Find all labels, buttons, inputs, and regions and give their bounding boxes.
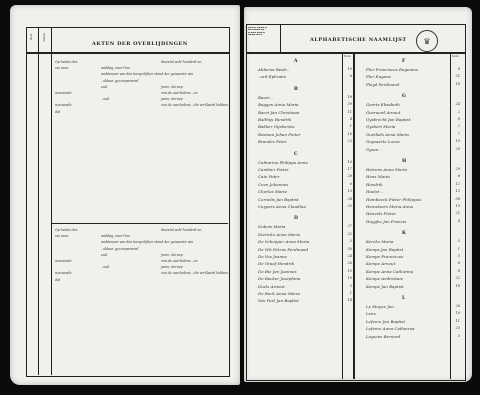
name-entry: Catharina Philippa Anna	[258, 160, 308, 165]
name-entry: Hendrik	[366, 182, 383, 187]
entry-number: 3	[450, 239, 460, 243]
name-entry: Baert Jan Christiaan	[258, 110, 299, 115]
form-text: , oud	[101, 265, 109, 269]
entry-number: 26	[450, 304, 460, 308]
form-text: ,	[101, 271, 102, 275]
form-text: jaren, beroep	[161, 85, 183, 89]
entry-number: 14	[342, 298, 352, 302]
name-entry: Heuvels Pieter	[366, 211, 396, 216]
right-page-title: ALPHABETISCHE NAAMLIJST	[310, 37, 407, 43]
form-text: , aldaar, gecompareerd	[101, 247, 138, 251]
name-entry: Kempe Franciscus	[366, 254, 403, 259]
name-entry: Charles Marie	[258, 189, 287, 194]
name-entry: Heirens Anna Maria	[366, 167, 407, 172]
name-entry: Dubois Maria	[258, 224, 285, 229]
entry-number: 13	[342, 189, 352, 193]
name-entry: Flor Eugene	[366, 74, 391, 79]
name-entry: Lefevre Jan Baptist	[366, 319, 405, 324]
entry-number: 39	[342, 102, 352, 106]
entry-number: 19	[450, 204, 460, 208]
section-letter: B	[294, 87, 298, 92]
name-entry: Kemps Jan Baptist	[366, 247, 403, 252]
name-entry: Gysbrecht Jan Baptist	[366, 117, 410, 122]
entry-number: 23	[342, 139, 352, 143]
entry-number: 9	[450, 67, 460, 71]
form-text: oud	[101, 253, 107, 257]
form-text: middag, voor Ons	[101, 234, 130, 238]
name-entry: Leysens Bernard	[366, 334, 400, 339]
name-entry: Cambier Pieter	[258, 167, 289, 172]
name-entry: Cornelis Jan Baptist	[258, 197, 298, 202]
entry-number: 6	[342, 74, 352, 78]
death-record-form-1: Op heden denduizend acht honderd en ,om …	[53, 60, 225, 120]
entry-number: 19	[450, 139, 460, 143]
entry-number: 12	[450, 182, 460, 186]
name-entry: De Bock Anna Maria	[258, 291, 300, 296]
entry-number: 2	[450, 124, 460, 128]
entry-number: 5	[450, 334, 460, 338]
section-letter: K	[402, 231, 406, 236]
entry-number: 10	[450, 311, 460, 315]
name-entry: Balthijs Hendrik	[258, 117, 291, 122]
name-entry: Bakker Gijsbertus	[258, 124, 295, 129]
section-letter: H	[402, 159, 406, 164]
name-entry: Floyd Ferdinand	[366, 82, 399, 87]
entry-number: 5	[450, 254, 460, 258]
name-entry: Gysbert Maria	[366, 124, 395, 129]
name-entry: Kempe Arnout	[366, 261, 395, 266]
name-entry: De Graaf Hendrik	[258, 261, 294, 266]
form-text: dat	[55, 110, 60, 114]
entry-number: 18	[450, 82, 460, 86]
entry-number: 34	[342, 197, 352, 201]
entry-number: 20	[450, 147, 460, 151]
record-divider	[51, 223, 228, 224]
form-text: middag, voor Ons	[101, 66, 130, 70]
name-entry: Baggen Anna Maria	[258, 102, 298, 107]
name-entry: ..ard Ephraim	[258, 74, 286, 79]
entry-number: 17	[342, 167, 352, 171]
name-entry: Flor Franciscus Eugenius	[366, 67, 418, 72]
entry-number: 16	[342, 132, 352, 136]
entry-number: 10	[342, 160, 352, 164]
header-divider	[26, 52, 229, 54]
form-text: van de overledene , die verklaard hebben	[161, 271, 228, 275]
name-list-left: AAbbema Beatr..10..ard Ephraim6BBaars ..…	[248, 59, 354, 359]
entry-number: 18	[450, 284, 460, 288]
form-text: van de overledene , en	[161, 259, 198, 263]
death-record-form-2: Op heden denduizend acht honderd en ,om …	[53, 228, 225, 288]
form-text: om uren	[55, 66, 68, 70]
entry-number: 32	[342, 232, 352, 236]
name-entry: Kempe Jan Baptist	[366, 284, 404, 289]
instructions-legend: ▬▬ ▬▬▬ ▬▬ ▬▬▬▬▬ ▬ ▬▬▬▬ ▬▬▬ ▬▬▬▬ ▬▬▬ ▬▬▬ …	[248, 24, 278, 42]
entry-number: 1	[342, 124, 352, 128]
entry-number: 11	[342, 110, 352, 114]
entry-number: 26	[342, 261, 352, 265]
form-text: duizend acht honderd en ,	[161, 228, 203, 232]
name-entry: Kempe Anna Catharina	[366, 269, 413, 274]
entry-number: 13	[450, 189, 460, 193]
form-text: jaren, beroep	[161, 265, 183, 269]
name-entry: De Vos Jeanne	[258, 254, 287, 259]
entry-number: 1	[450, 247, 460, 251]
entry-number: 25	[450, 326, 460, 330]
entry-number: 18	[342, 95, 352, 99]
form-text: duizend acht honderd en ,	[161, 60, 203, 64]
name-entry: Kerckx Maria	[366, 239, 393, 244]
entry-number: 21	[450, 74, 460, 78]
name-list-right: FFlor Franciscus Eugenius9Flor Eugene21F…	[356, 59, 462, 359]
entry-number: 2	[450, 110, 460, 114]
name-entry: Huyghe Jan Francis	[366, 219, 406, 224]
form-text: om uren	[55, 234, 68, 238]
section-letter: C	[294, 152, 298, 157]
name-entry: De Bie Jan Joannes	[258, 269, 297, 274]
name-entry: Doels Arnout	[258, 284, 285, 289]
entry-number: 30	[342, 247, 352, 251]
entry-number: 10	[342, 67, 352, 71]
name-entry: Goyvaerts Lucas	[366, 139, 400, 144]
name-entry: De Schepper Anna Maria	[258, 239, 309, 244]
name-entry: Lens	[366, 311, 376, 316]
entry-number: 8	[450, 269, 460, 273]
name-entry: Abbema Beatr..	[258, 67, 289, 72]
form-text: dat	[55, 278, 60, 282]
name-entry: Geeraerd Arnout	[366, 110, 400, 115]
form-text: ,	[101, 91, 102, 95]
entry-number: 8	[450, 174, 460, 178]
form-text: woonende	[55, 271, 72, 275]
entry-number: 24	[342, 254, 352, 258]
form-text: ,	[101, 259, 102, 263]
right-page: ▬▬ ▬▬▬ ▬▬ ▬▬▬▬▬ ▬ ▬▬▬▬ ▬▬▬ ▬▬▬▬ ▬▬▬ ▬▬▬ …	[244, 7, 472, 382]
name-entry: Kempe Ambrosius	[366, 276, 403, 281]
entry-number: 11	[450, 319, 460, 323]
form-text: woonende	[55, 91, 72, 95]
form-text: woonende	[55, 103, 72, 107]
section-letter: F	[402, 59, 405, 64]
entry-number: 4	[450, 219, 460, 223]
form-text: van de overledene , en	[161, 91, 198, 95]
form-text: ambtenaar van den burgerlijken stand der…	[101, 240, 193, 244]
form-text: , aldaar, gecompareerd	[101, 79, 138, 83]
name-entry: Coen Johannes	[258, 182, 288, 187]
name-entry: Hens Maria	[366, 174, 390, 179]
legend-divider	[280, 24, 281, 52]
entry-number: 24	[450, 102, 460, 106]
name-entry: De Backer Josephina	[258, 276, 300, 281]
name-entry: Hemelaers Maria Anna	[366, 204, 413, 209]
entry-number: 15	[342, 269, 352, 273]
margin-divider-2	[51, 27, 52, 375]
left-page-title: AKTEN DER OVERLIJDINGEN	[92, 41, 188, 47]
num-header-right: Num.	[452, 55, 459, 58]
name-entry: Gysen ..	[366, 147, 382, 152]
name-entry: Cuypers Anna Claudina	[258, 204, 306, 209]
name-entry: Dierickx Anna Maria	[258, 232, 300, 237]
name-entry: Le Moyne Jan	[366, 304, 394, 309]
name-entry: Bosman Johan Pieter	[258, 132, 300, 137]
name-entry: Hombeeck Pieter Philippus	[366, 197, 421, 202]
entry-number: 29	[450, 167, 460, 171]
entry-number: 6	[342, 182, 352, 186]
form-text: , oud	[101, 97, 109, 101]
entry-number: 1	[342, 291, 352, 295]
crest-seal-icon: ♛	[416, 30, 438, 52]
name-entry: Goethals Anna Maria	[366, 132, 409, 137]
margin-header-date: Datum	[43, 33, 46, 41]
form-text: oud	[101, 85, 107, 89]
entry-number: 10	[342, 276, 352, 280]
form-text: woonende	[55, 259, 72, 263]
entry-number: 27	[342, 224, 352, 228]
entry-number: 6	[450, 261, 460, 265]
name-entry: Lefevre Anna Catharina	[366, 326, 415, 331]
form-text: ambtenaar van den burgerlijken stand der…	[101, 72, 193, 76]
section-letter: G	[402, 94, 406, 99]
entry-number: 4	[342, 117, 352, 121]
left-page: Num. Datum AKTEN DER OVERLIJDINGEN Op he…	[10, 5, 240, 385]
name-entry: Geerts Elisabeth	[366, 102, 400, 107]
form-text: ,	[101, 103, 102, 107]
entry-number: 7	[450, 132, 460, 136]
form-text: van de overledene , die verklaard hebben	[161, 103, 228, 107]
num-header-left: Num.	[344, 55, 351, 58]
right-header-divider	[246, 52, 465, 54]
margin-header-num: Num.	[30, 33, 33, 40]
name-entry: Brandes Peter	[258, 139, 287, 144]
name-entry: Cate Peter	[258, 174, 279, 179]
form-text: Op heden den	[55, 60, 78, 64]
entry-number: 5	[342, 284, 352, 288]
name-entry: De Wit Petrus Ferdinand	[258, 247, 308, 252]
section-letter: L	[402, 296, 405, 301]
entry-number: 8	[450, 117, 460, 121]
name-entry: Van Peel Jan Baptist	[258, 298, 299, 303]
name-entry: Hoelst ..	[366, 189, 383, 194]
entry-number: 21	[450, 211, 460, 215]
section-letter: D	[294, 216, 298, 221]
name-entry: Baars ..	[258, 95, 274, 100]
form-text: jaren, beroep	[161, 97, 183, 101]
entry-number: 38	[450, 197, 460, 201]
margin-divider-1	[38, 27, 39, 375]
form-text: jaren, beroep	[161, 253, 183, 257]
form-text: Op heden den	[55, 228, 78, 232]
entry-number: 3	[342, 239, 352, 243]
entry-number: 33	[342, 204, 352, 208]
entry-number: 28	[342, 174, 352, 178]
entry-number: 22	[450, 276, 460, 280]
section-letter: A	[294, 59, 298, 64]
